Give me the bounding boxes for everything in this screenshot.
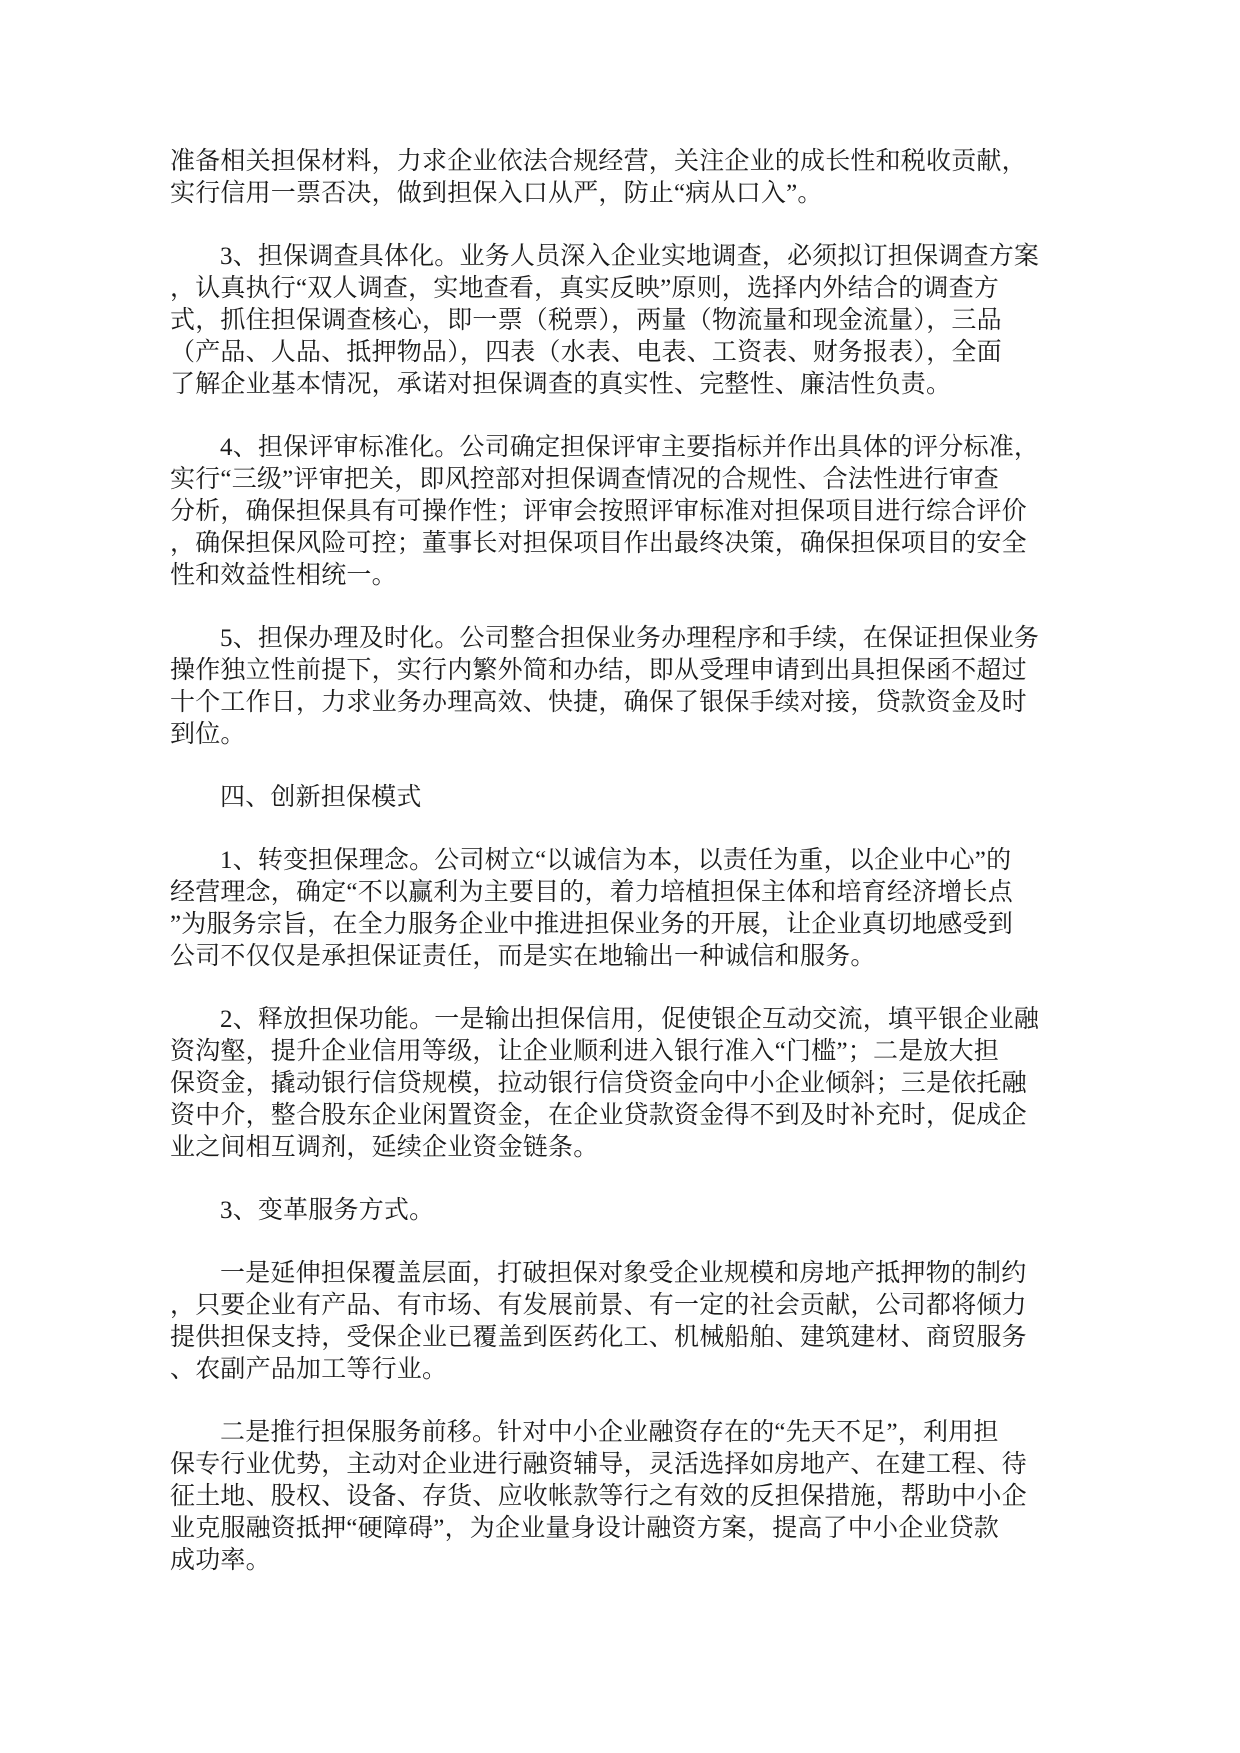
text-line: 保专行业优势，主动对企业进行融资辅导，灵活选择如房地产、在建工程、待 [170,1449,1080,1481]
text-line: 式，抓住担保调查核心，即一票（税票），两量（物流量和现金流量），三品 [170,305,1080,337]
text-line: 二是推行担保服务前移。针对中小企业融资存在的“先天不足”，利用担 [170,1417,1080,1449]
text-line: 4、担保评审标准化。公司确定担保评审主要指标并作出具体的评分标准， [170,432,1080,464]
paragraph: 二是推行担保服务前移。针对中小企业融资存在的“先天不足”，利用担保专行业优势，主… [170,1417,1080,1577]
text-line: 到位。 [170,719,1080,751]
text-line: （产品、人品、抵押物品），四表（水表、电表、工资表、财务报表），全面 [170,337,1080,369]
text-line: 操作独立性前提下，实行内繁外简和办结，即从受理申请到出具担保函不超过 [170,655,1080,687]
paragraph: 3、变革服务方式。 [170,1195,1080,1227]
paragraph: 一是延伸担保覆盖层面，打破担保对象受企业规模和房地产抵押物的制约，只要企业有产品… [170,1258,1080,1386]
text-line: 征土地、股权、设备、存货、应收帐款等行之有效的反担保措施，帮助中小企 [170,1481,1080,1513]
paragraph: 4、担保评审标准化。公司确定担保评审主要指标并作出具体的评分标准，实行“三级”评… [170,432,1080,592]
text-line: 业克服融资抵押“硬障碍”，为企业量身设计融资方案，提高了中小企业贷款 [170,1513,1080,1545]
text-line: 提供担保支持，受保企业已覆盖到医药化工、机械船舶、建筑建材、商贸服务 [170,1322,1080,1354]
text-line: 资沟壑，提升企业信用等级，让企业顺利进入银行准入“门槛”；二是放大担 [170,1036,1080,1068]
text-line: 资中介，整合股东企业闲置资金，在企业贷款资金得不到及时补充时，促成企 [170,1100,1080,1132]
text-line: 一是延伸担保覆盖层面，打破担保对象受企业规模和房地产抵押物的制约 [170,1258,1080,1290]
paragraph: 5、担保办理及时化。公司整合担保业务办理程序和手续，在保证担保业务操作独立性前提… [170,623,1080,751]
text-line: 5、担保办理及时化。公司整合担保业务办理程序和手续，在保证担保业务 [170,623,1080,655]
text-line: 、农副产品加工等行业。 [170,1354,1080,1386]
paragraph: 1、转变担保理念。公司树立“以诚信为本，以责任为重，以企业中心”的经营理念，确定… [170,845,1080,973]
section-heading: 四、创新担保模式 [170,782,1080,814]
text-line: 实行“三级”评审把关，即风控部对担保调查情况的合规性、合法性进行审查 [170,464,1080,496]
text-line: 3、担保调查具体化。业务人员深入企业实地调查，必须拟订担保调查方案 [170,241,1080,273]
text-line: 成功率。 [170,1545,1080,1577]
text-line: 了解企业基本情况，承诺对担保调查的真实性、完整性、廉洁性负责。 [170,369,1080,401]
text-line: ”为服务宗旨，在全力服务企业中推进担保业务的开展，让企业真切地感受到 [170,909,1080,941]
text-line: ，确保担保风险可控；董事长对担保项目作出最终决策，确保担保项目的安全 [170,528,1080,560]
text-line: ，只要企业有产品、有市场、有发展前景、有一定的社会贡献，公司都将倾力 [170,1290,1080,1322]
paragraph: 准备相关担保材料，力求企业依法合规经营，关注企业的成长性和税收贡献，实行信用一票… [170,146,1080,210]
text-line: 保资金，撬动银行信贷规模，拉动银行信贷资金向中小企业倾斜；三是依托融 [170,1068,1080,1100]
text-line: 经营理念，确定“不以赢利为主要目的，着力培植担保主体和培育经济增长点 [170,877,1080,909]
text-line: ，认真执行“双人调查，实地查看，真实反映”原则，选择内外结合的调查方 [170,273,1080,305]
text-line: 实行信用一票否决，做到担保入口从严，防止“病从口入”。 [170,178,1080,210]
text-line: 公司不仅仅是承担保证责任，而是实在地输出一种诚信和服务。 [170,941,1080,973]
text-line: 业之间相互调剂，延续企业资金链条。 [170,1132,1080,1164]
text-line: 2、释放担保功能。一是输出担保信用，促使银企互动交流，填平银企业融 [170,1004,1080,1036]
paragraph: 3、担保调查具体化。业务人员深入企业实地调查，必须拟订担保调查方案，认真执行“双… [170,241,1080,401]
text-line: 1、转变担保理念。公司树立“以诚信为本，以责任为重，以企业中心”的 [170,845,1080,877]
document-page: 准备相关担保材料，力求企业依法合规经营，关注企业的成长性和税收贡献，实行信用一票… [170,146,1080,1577]
paragraph: 2、释放担保功能。一是输出担保信用，促使银企互动交流，填平银企业融资沟壑，提升企… [170,1004,1080,1164]
text-line: 四、创新担保模式 [170,782,1080,814]
text-line: 准备相关担保材料，力求企业依法合规经营，关注企业的成长性和税收贡献， [170,146,1080,178]
text-line: 十个工作日，力求业务办理高效、快捷，确保了银保手续对接，贷款资金及时 [170,687,1080,719]
text-line: 性和效益性相统一。 [170,560,1080,592]
text-line: 3、变革服务方式。 [170,1195,1080,1227]
text-line: 分析，确保担保具有可操作性；评审会按照评审标准对担保项目进行综合评价 [170,496,1080,528]
